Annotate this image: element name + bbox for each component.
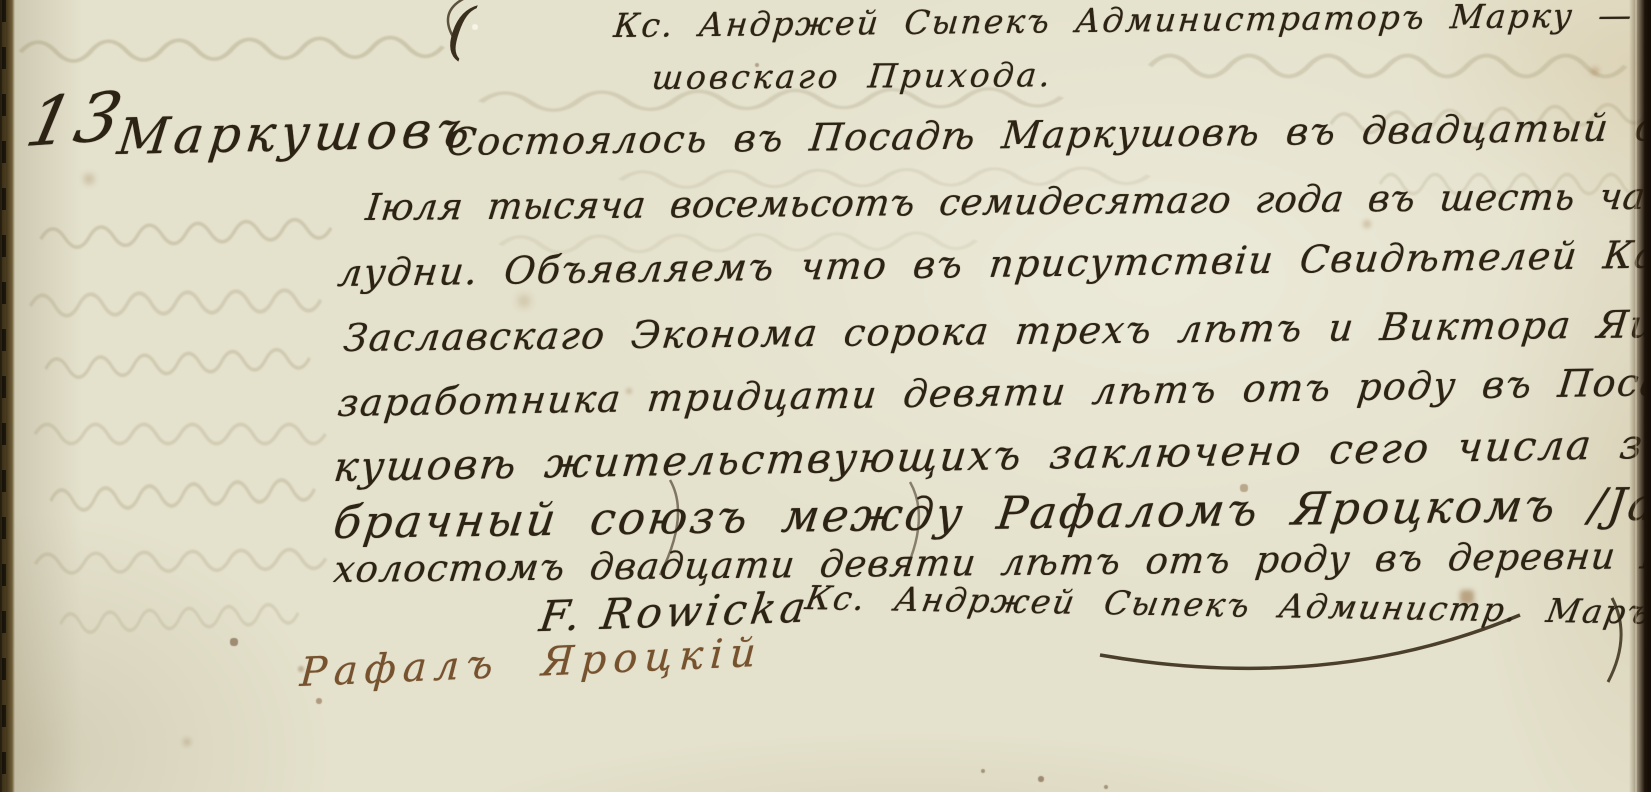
manuscript-page: ( Кс. Андржей Сыпекъ Администраторъ Марк…: [0, 0, 1651, 792]
header-priest-line-2: шовскаго Прихода.: [650, 55, 1055, 97]
right-page-edge: [1629, 0, 1651, 792]
book-binding-edge: [0, 0, 15, 792]
signature-rowicka: F. Rowicka: [537, 582, 813, 641]
place-heading: Маркушовъ: [115, 100, 479, 166]
